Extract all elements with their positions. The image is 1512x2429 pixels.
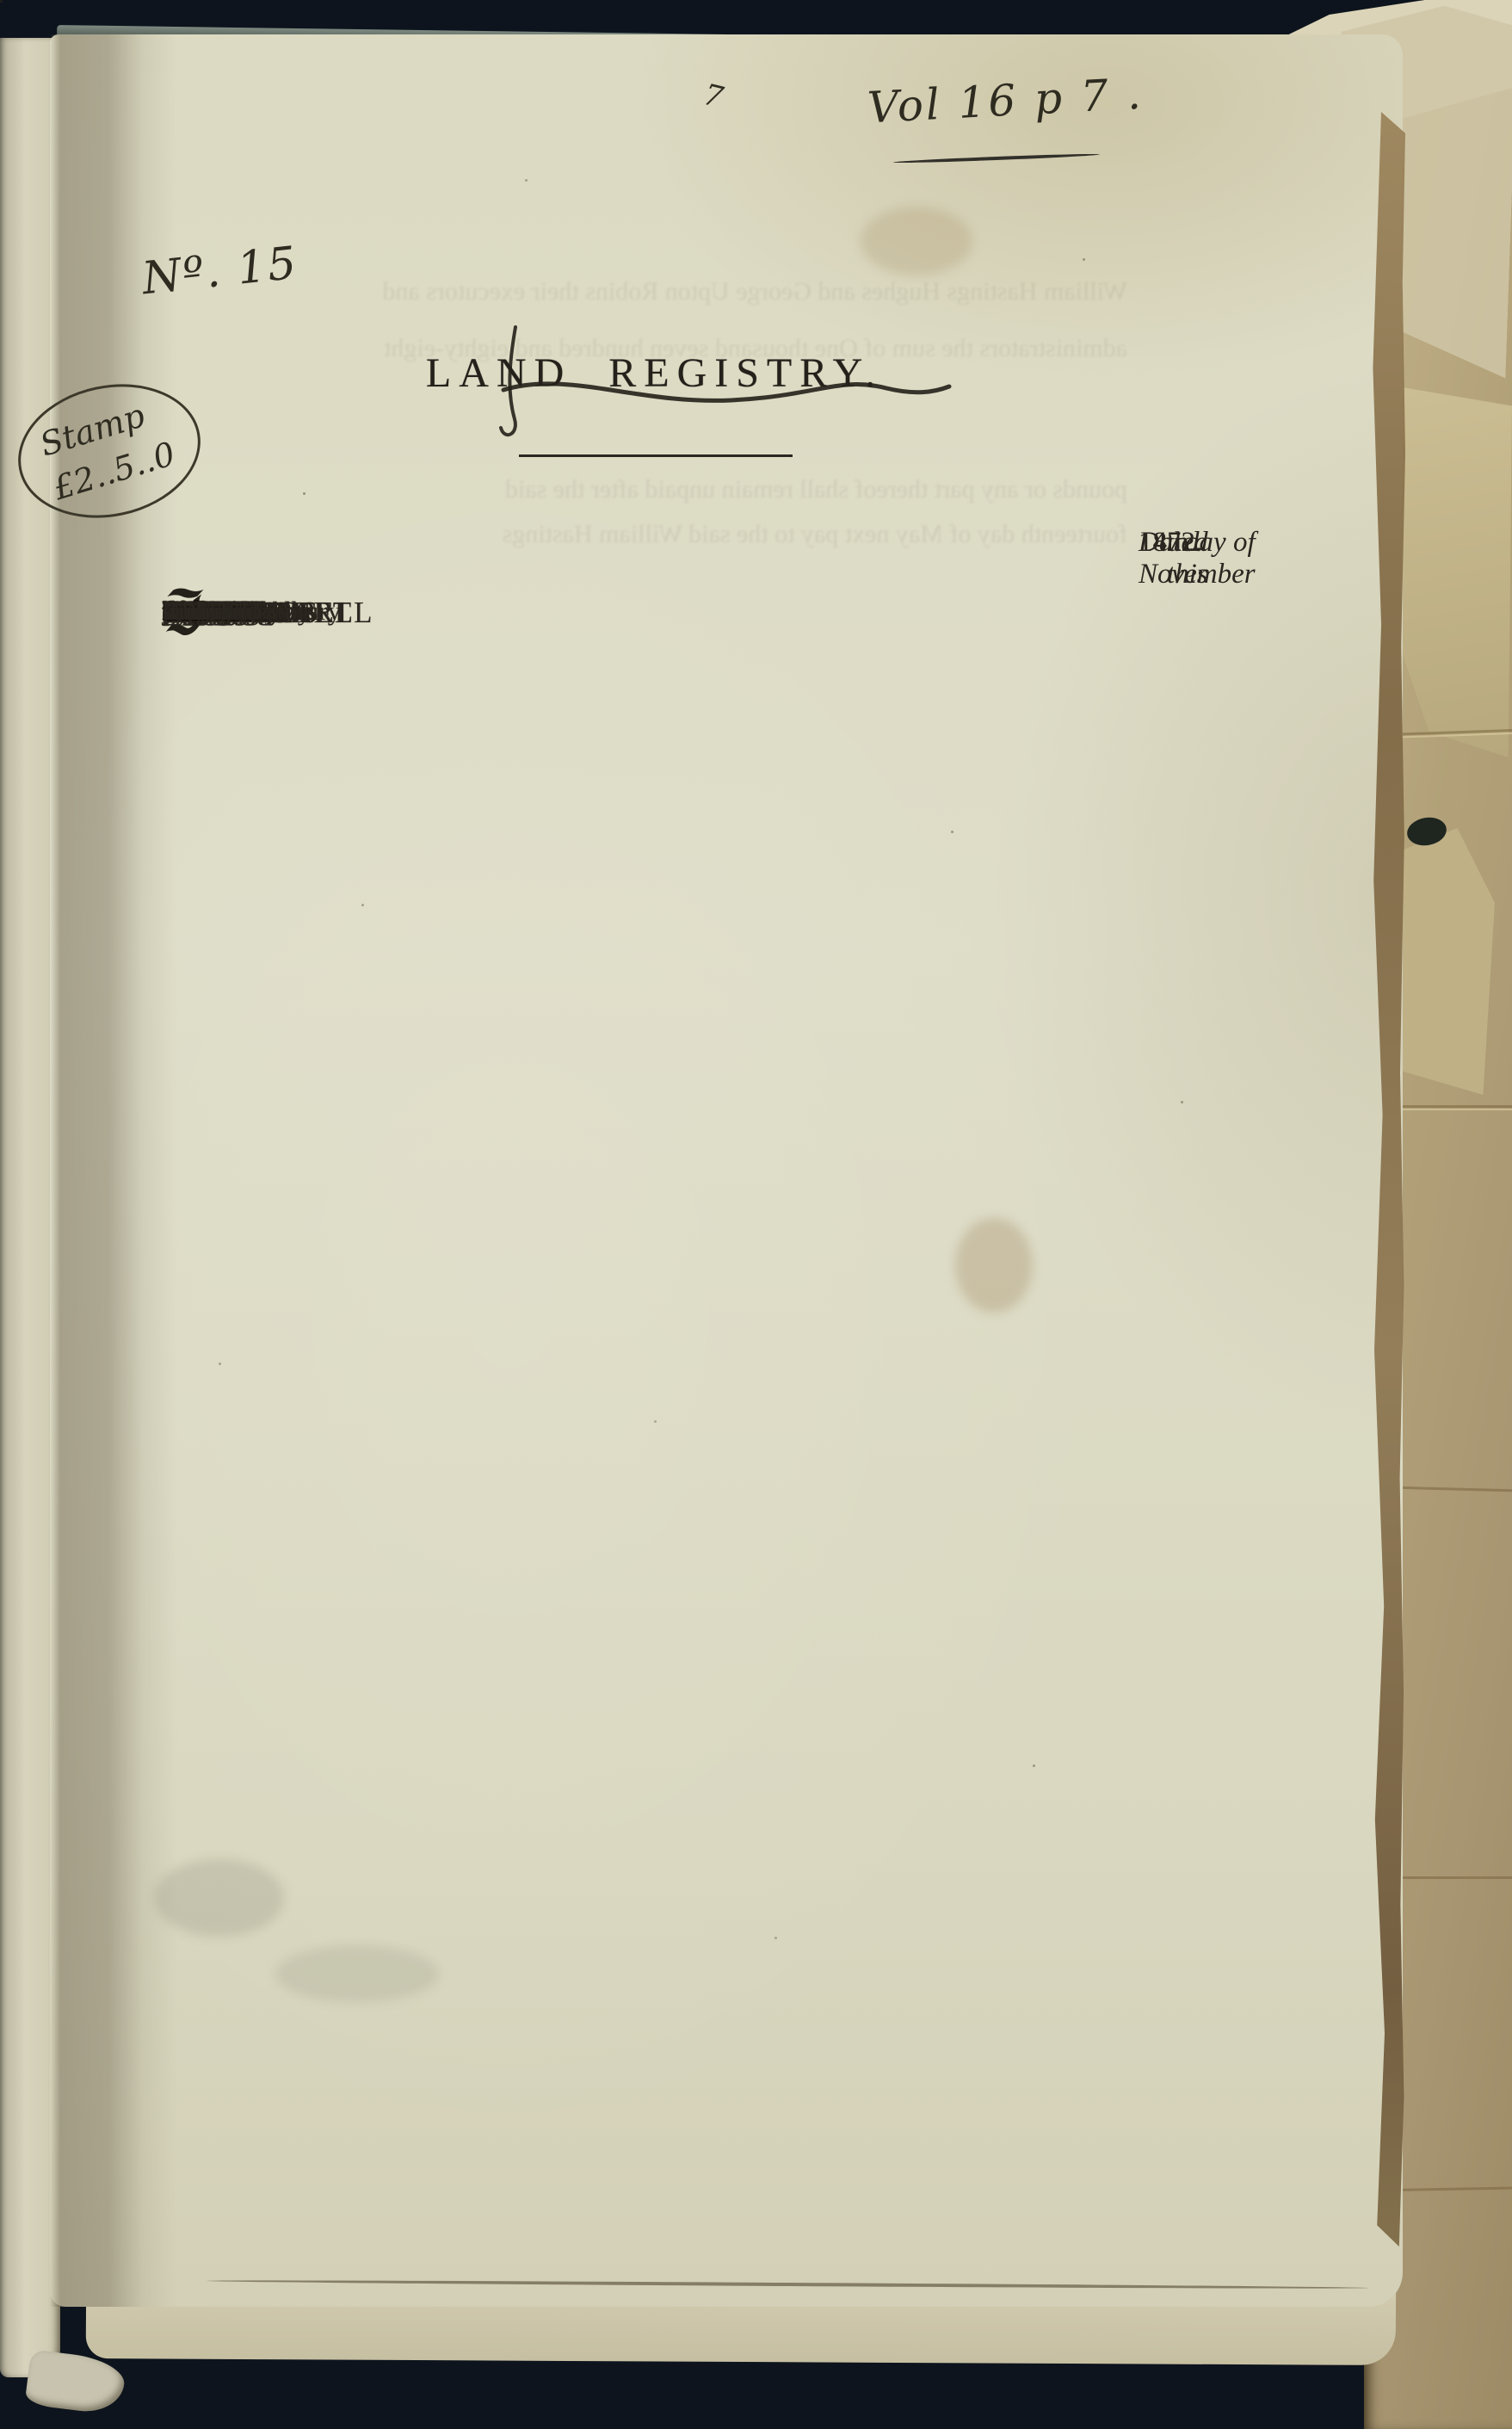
paper-smudge bbox=[155, 1859, 284, 1937]
title-rule bbox=[519, 454, 793, 457]
paper-stain bbox=[955, 1218, 1033, 1313]
paper-smudge bbox=[275, 1945, 439, 2002]
page-title: LAND REGISTRY. bbox=[163, 349, 1146, 397]
paper-fragment bbox=[1390, 387, 1512, 757]
paper-specks bbox=[0, 0, 3, 3]
stamp-text: Stamp £2..5..0 bbox=[34, 387, 181, 511]
paper-stain bbox=[861, 207, 972, 275]
previous-page-corner-flap bbox=[25, 2349, 127, 2415]
deed-register-photograph: William Hastings Hughes and George Upton… bbox=[0, 0, 1512, 2429]
word: said bbox=[163, 596, 207, 627]
date-year: 1872. bbox=[1139, 527, 1202, 559]
